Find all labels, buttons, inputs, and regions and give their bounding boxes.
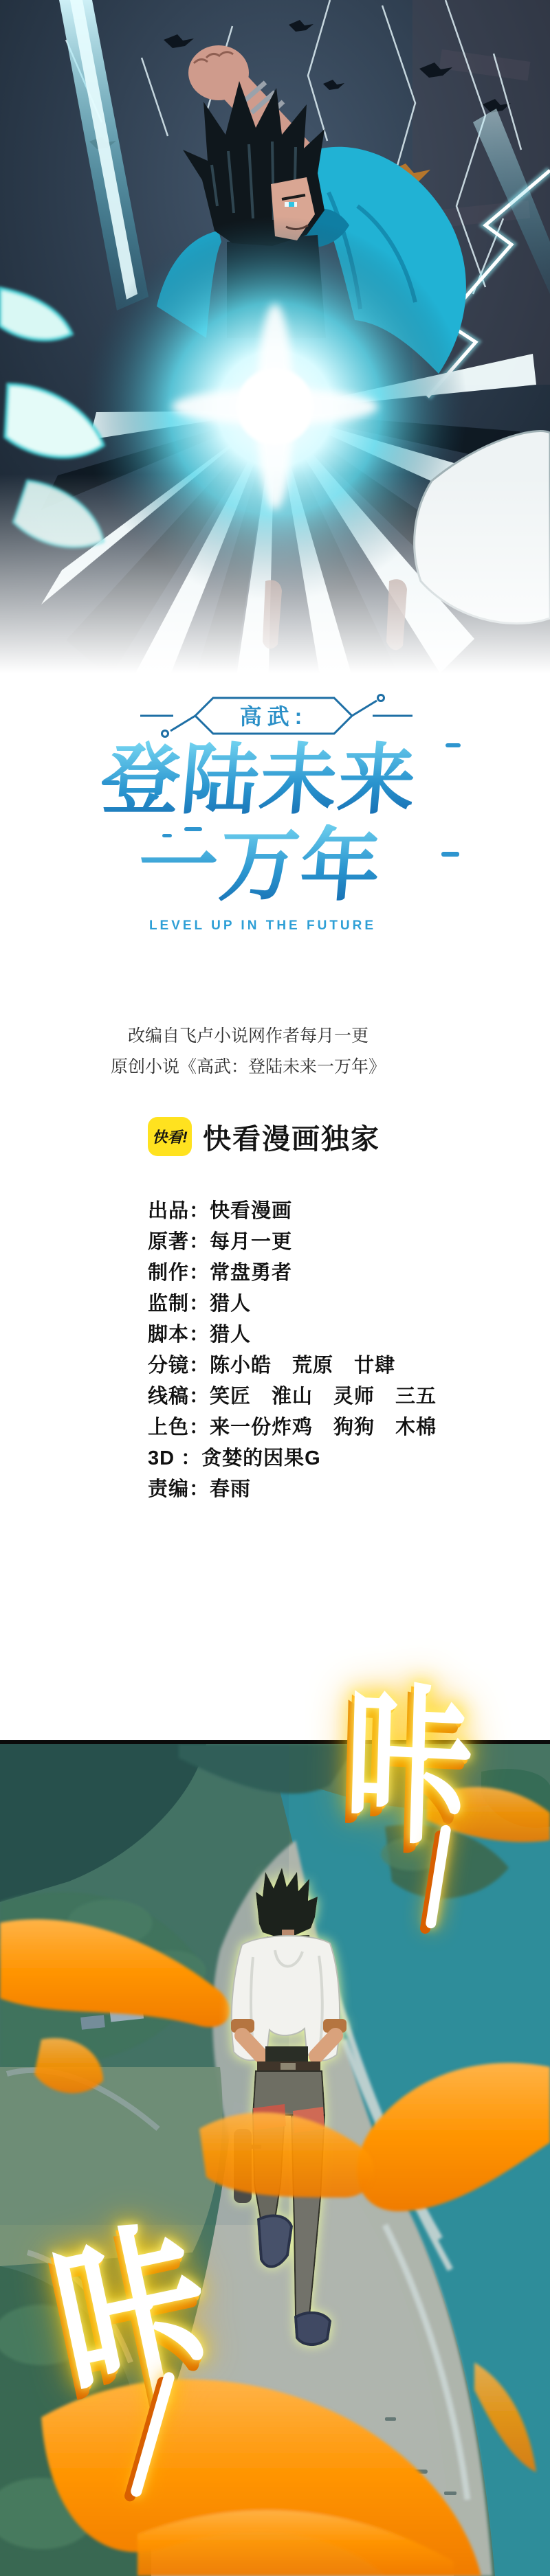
- logo-deco-dash: [184, 827, 202, 831]
- credit-names: 来一份炸鸡 狗狗 木棉: [210, 1416, 437, 1438]
- credit-names: 快看漫画: [210, 1200, 292, 1222]
- logo-deco-dash: [102, 780, 120, 785]
- hero-illustration: [0, 0, 550, 695]
- credit-role: 原著：: [148, 1231, 210, 1253]
- credit-row: 出品：快看漫画: [148, 1196, 437, 1227]
- credit-role: 制作：: [148, 1262, 210, 1284]
- credit-row: 监制：猎人: [148, 1289, 437, 1320]
- credit-names: 常盘勇者: [210, 1262, 292, 1284]
- credit-row: 制作：常盘勇者: [148, 1258, 437, 1289]
- adaptation-line2: 原创小说《高武：登陆未来一万年》: [0, 1052, 496, 1083]
- adaptation-note: 改编自飞卢小说网作者每月一更 原创小说《高武：登陆未来一万年》: [0, 1021, 550, 1083]
- credit-role: 分镜：: [148, 1355, 210, 1377]
- credit-role: 线稿：: [148, 1386, 210, 1408]
- credit-names: 猎人: [210, 1293, 251, 1315]
- credits-list: 出品：快看漫画 原著：每月一更 制作：常盘勇者 监制：猎人 脚本：猎人 分镜：陈…: [148, 1196, 437, 1505]
- credit-role: 出品：: [148, 1200, 210, 1222]
- credit-row: 3D ：贪婪的因果G: [148, 1443, 437, 1474]
- credit-names: 陈小皓 荒原 廿肆: [210, 1355, 395, 1377]
- series-logo: 高武: 登陆未来 一万年 LEVEL UP IN THE FUTURE: [0, 694, 550, 934]
- exclusive-row: 快看! 快看漫画独家: [148, 1115, 380, 1157]
- credit-row: 脚本：猎人: [148, 1320, 437, 1351]
- credit-role: 上色：: [148, 1416, 210, 1438]
- sfx-ka-top: 咔: [343, 1682, 475, 1856]
- kuaikan-logo-text: 快看!: [152, 1126, 187, 1147]
- credit-row: 上色：来一份炸鸡 狗狗 木棉: [148, 1412, 437, 1443]
- logo-title-line1: 登陆未来: [0, 741, 550, 820]
- credit-role: 脚本：: [148, 1324, 210, 1346]
- credit-role: 责编：: [148, 1478, 210, 1500]
- credit-role: 监制：: [148, 1293, 210, 1315]
- hero-bottom-fade: [0, 474, 550, 695]
- credit-names: 猎人: [210, 1324, 251, 1346]
- logo-deco-dash: [162, 834, 172, 837]
- comic-panel: [0, 1740, 550, 2576]
- kuaikan-logo-badge: 快看!: [148, 1117, 192, 1156]
- credit-row: 原著：每月一更: [148, 1227, 437, 1258]
- logo-badge-hexagon: 高武:: [131, 694, 419, 738]
- credit-row: 责编：春雨: [148, 1474, 437, 1505]
- page-root: 高武: 登陆未来 一万年 LEVEL UP IN THE FUTURE 改编自飞…: [0, 0, 550, 2576]
- logo-badge-text: 高武:: [240, 704, 308, 729]
- exclusive-label: 快看漫画独家: [203, 1116, 380, 1157]
- credit-row: 分镜：陈小皓 荒原 廿肆: [148, 1351, 437, 1381]
- logo-subtitle: LEVEL UP IN THE FUTURE: [0, 918, 550, 934]
- logo-deco-dash: [445, 743, 461, 747]
- credit-names: 贪婪的因果G: [201, 1447, 321, 1469]
- credit-names: 春雨: [210, 1478, 251, 1500]
- credit-row: 线稿：笑匠 淮山 灵师 三五: [148, 1381, 437, 1412]
- comic-panel-art: [0, 1744, 550, 2576]
- credit-names: 每月一更: [210, 1231, 292, 1253]
- logo-title-line2: 一万年: [0, 824, 550, 907]
- credit-role: 3D ：: [148, 1447, 201, 1469]
- credit-names: 笑匠 淮山 灵师 三五: [210, 1386, 437, 1408]
- adaptation-line1: 改编自飞卢小说网作者每月一更: [0, 1021, 496, 1052]
- logo-deco-dash: [441, 852, 459, 857]
